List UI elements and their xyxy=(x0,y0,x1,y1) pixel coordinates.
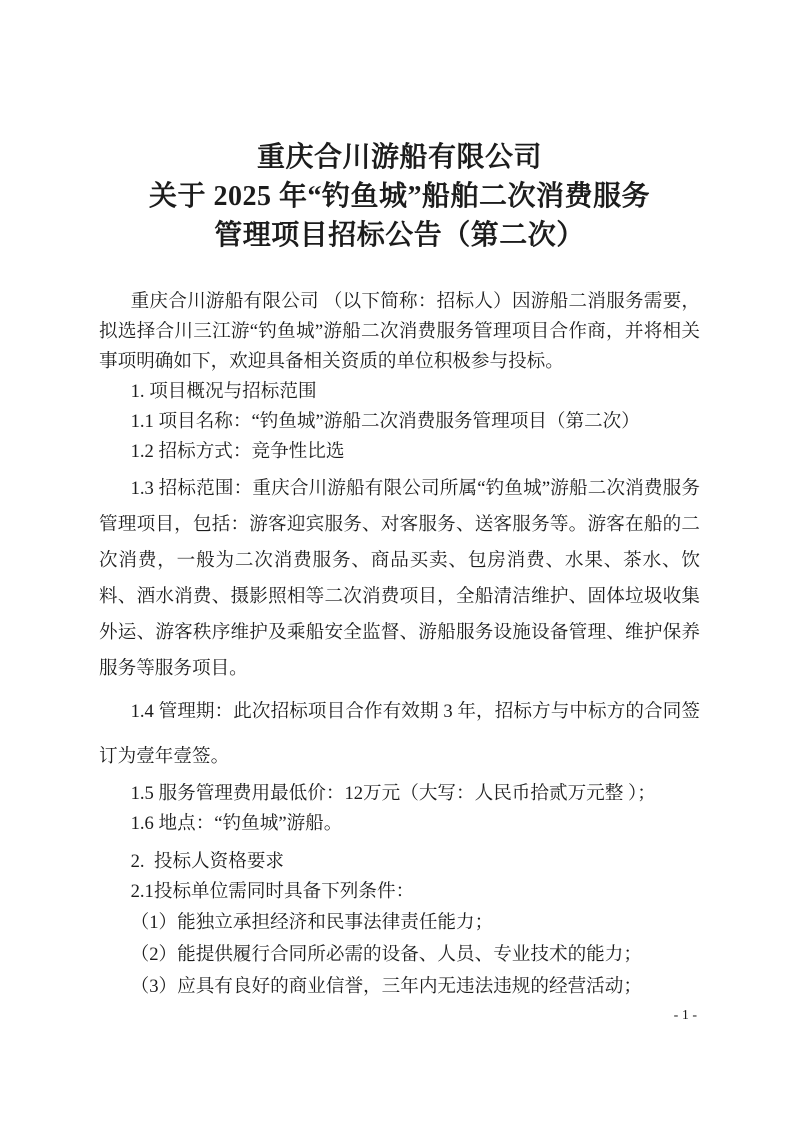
document-page: 重庆合川游船有限公司 关于 2025 年“钓鱼城”船舶二次消费服务 管理项目招标… xyxy=(0,0,793,1122)
title-line-3: 管理项目招标公告（第二次） xyxy=(99,216,700,255)
document-content: 重庆合川游船有限公司 关于 2025 年“钓鱼城”船舶二次消费服务 管理项目招标… xyxy=(99,138,700,1003)
intro-paragraph: 重庆合川游船有限公司 （以下简称：招标人）因游船二消服务需要，拟选择合川三江游“… xyxy=(99,287,700,377)
condition-1: （1）能独立承担经济和民事法律责任能力； xyxy=(99,907,700,939)
clause-1-6: 1.6 地点：“钓鱼城”游船。 xyxy=(99,809,700,839)
title-line-2: 关于 2025 年“钓鱼城”船舶二次消费服务 xyxy=(99,177,700,216)
document-title: 重庆合川游船有限公司 关于 2025 年“钓鱼城”船舶二次消费服务 管理项目招标… xyxy=(99,138,700,255)
section-1-heading: 1. 项目概况与招标范围 xyxy=(99,377,700,407)
page-number: - 1 - xyxy=(674,1008,697,1024)
clause-1-1: 1.1 项目名称：“钓鱼城”游船二次消费服务管理项目（第二次） xyxy=(99,407,700,437)
clause-1-4: 1.4 管理期：此次招标项目合作有效期 3 年，招标方与中标方的合同签订为壹年壹… xyxy=(99,689,700,779)
clause-1-5: 1.5 服务管理费用最低价：12万元（大写：人民币拾贰万元整 ）； xyxy=(99,779,700,809)
clause-1-3: 1.3 招标范围：重庆合川游船有限公司所属“钓鱼城”游船二次消费服务管理项目，包… xyxy=(99,471,700,687)
section-2-heading: 2. 投标人资格要求 xyxy=(99,847,700,877)
clause-1-2: 1.2 招标方式：竞争性比选 xyxy=(99,437,700,467)
condition-2: （2）能提供履行合同所必需的设备、人员、专业技术的能力； xyxy=(99,939,700,971)
clause-2-1: 2.1投标单位需同时具备下列条件： xyxy=(99,877,700,907)
condition-3: （3）应具有良好的商业信誉，三年内无违法违规的经营活动； xyxy=(99,971,700,1003)
title-line-1: 重庆合川游船有限公司 xyxy=(99,138,700,177)
